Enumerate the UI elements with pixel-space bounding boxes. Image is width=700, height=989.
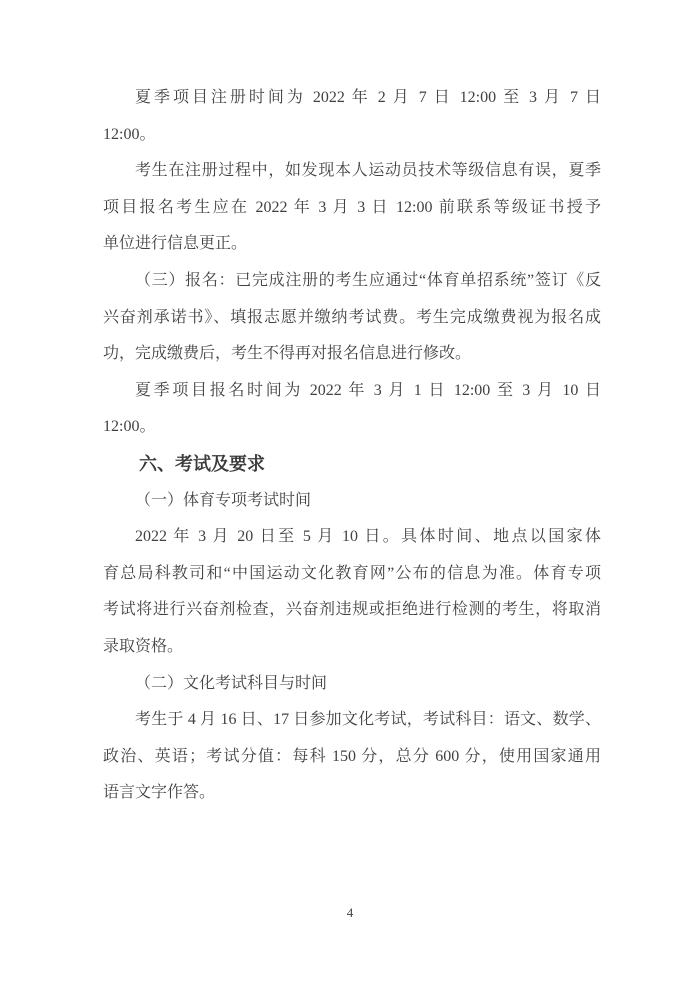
text-line: 夏季项目注册时间为 2022 年 2 月 7 日 12:00 至 3 月 7 日 <box>103 80 601 117</box>
text-line: 单位进行信息更正。 <box>103 226 601 263</box>
text-line: 兴奋剂承诺书》、填报志愿并缴纳考试费。考生完成缴费视为报名成 <box>103 300 601 337</box>
paragraph: 考生在注册过程中，如发现本人运动员技术等级信息有误，夏季项目报名考生应在 202… <box>103 153 601 263</box>
paragraph: （一）体育专项考试时间 <box>103 483 601 520</box>
text-line: 育总局科教司和“中国运动文化教育网”公布的信息为准。体育专项 <box>103 556 601 593</box>
document-body: 夏季项目注册时间为 2022 年 2 月 7 日 12:00 至 3 月 7 日… <box>103 80 601 812</box>
paragraph: 2022 年 3 月 20 日至 5 月 10 日。具体时间、地点以国家体育总局… <box>103 519 601 665</box>
text-line: （二）文化考试科目与时间 <box>103 666 601 703</box>
document-page: 夏季项目注册时间为 2022 年 2 月 7 日 12:00 至 3 月 7 日… <box>0 0 700 989</box>
text-line: 12:00。 <box>103 117 601 154</box>
text-line: 语言文字作答。 <box>103 775 601 812</box>
text-line: 录取资格。 <box>103 629 601 666</box>
text-line: 夏季项目报名时间为 2022 年 3 月 1 日 12:00 至 3 月 10 … <box>103 373 601 410</box>
paragraph: （二）文化考试科目与时间 <box>103 666 601 703</box>
text-line: （三）报名：已完成注册的考生应通过“体育单招系统”签订《反 <box>103 263 601 300</box>
text-line: 2022 年 3 月 20 日至 5 月 10 日。具体时间、地点以国家体 <box>103 519 601 556</box>
section-heading: 六、考试及要求 <box>103 446 601 483</box>
text-line: 考生在注册过程中，如发现本人运动员技术等级信息有误，夏季 <box>103 153 601 190</box>
paragraph: （三）报名：已完成注册的考生应通过“体育单招系统”签订《反兴奋剂承诺书》、填报志… <box>103 263 601 373</box>
paragraph: 夏季项目报名时间为 2022 年 3 月 1 日 12:00 至 3 月 10 … <box>103 373 601 446</box>
page-number: 4 <box>0 905 700 921</box>
text-line: 六、考试及要求 <box>103 446 601 483</box>
text-line: 功，完成缴费后，考生不得再对报名信息进行修改。 <box>103 336 601 373</box>
paragraph: 夏季项目注册时间为 2022 年 2 月 7 日 12:00 至 3 月 7 日… <box>103 80 601 153</box>
text-line: 12:00。 <box>103 409 601 446</box>
text-line: 项目报名考生应在 2022 年 3 月 3 日 12:00 前联系等级证书授予 <box>103 190 601 227</box>
text-line: 考试将进行兴奋剂检查，兴奋剂违规或拒绝进行检测的考生，将取消 <box>103 592 601 629</box>
text-line: 政治、英语；考试分值：每科 150 分，总分 600 分，使用国家通用 <box>103 739 601 776</box>
paragraph: 考生于 4 月 16 日、17 日参加文化考试，考试科目：语文、数学、政治、英语… <box>103 702 601 812</box>
text-line: （一）体育专项考试时间 <box>103 483 601 520</box>
text-line: 考生于 4 月 16 日、17 日参加文化考试，考试科目：语文、数学、 <box>103 702 601 739</box>
